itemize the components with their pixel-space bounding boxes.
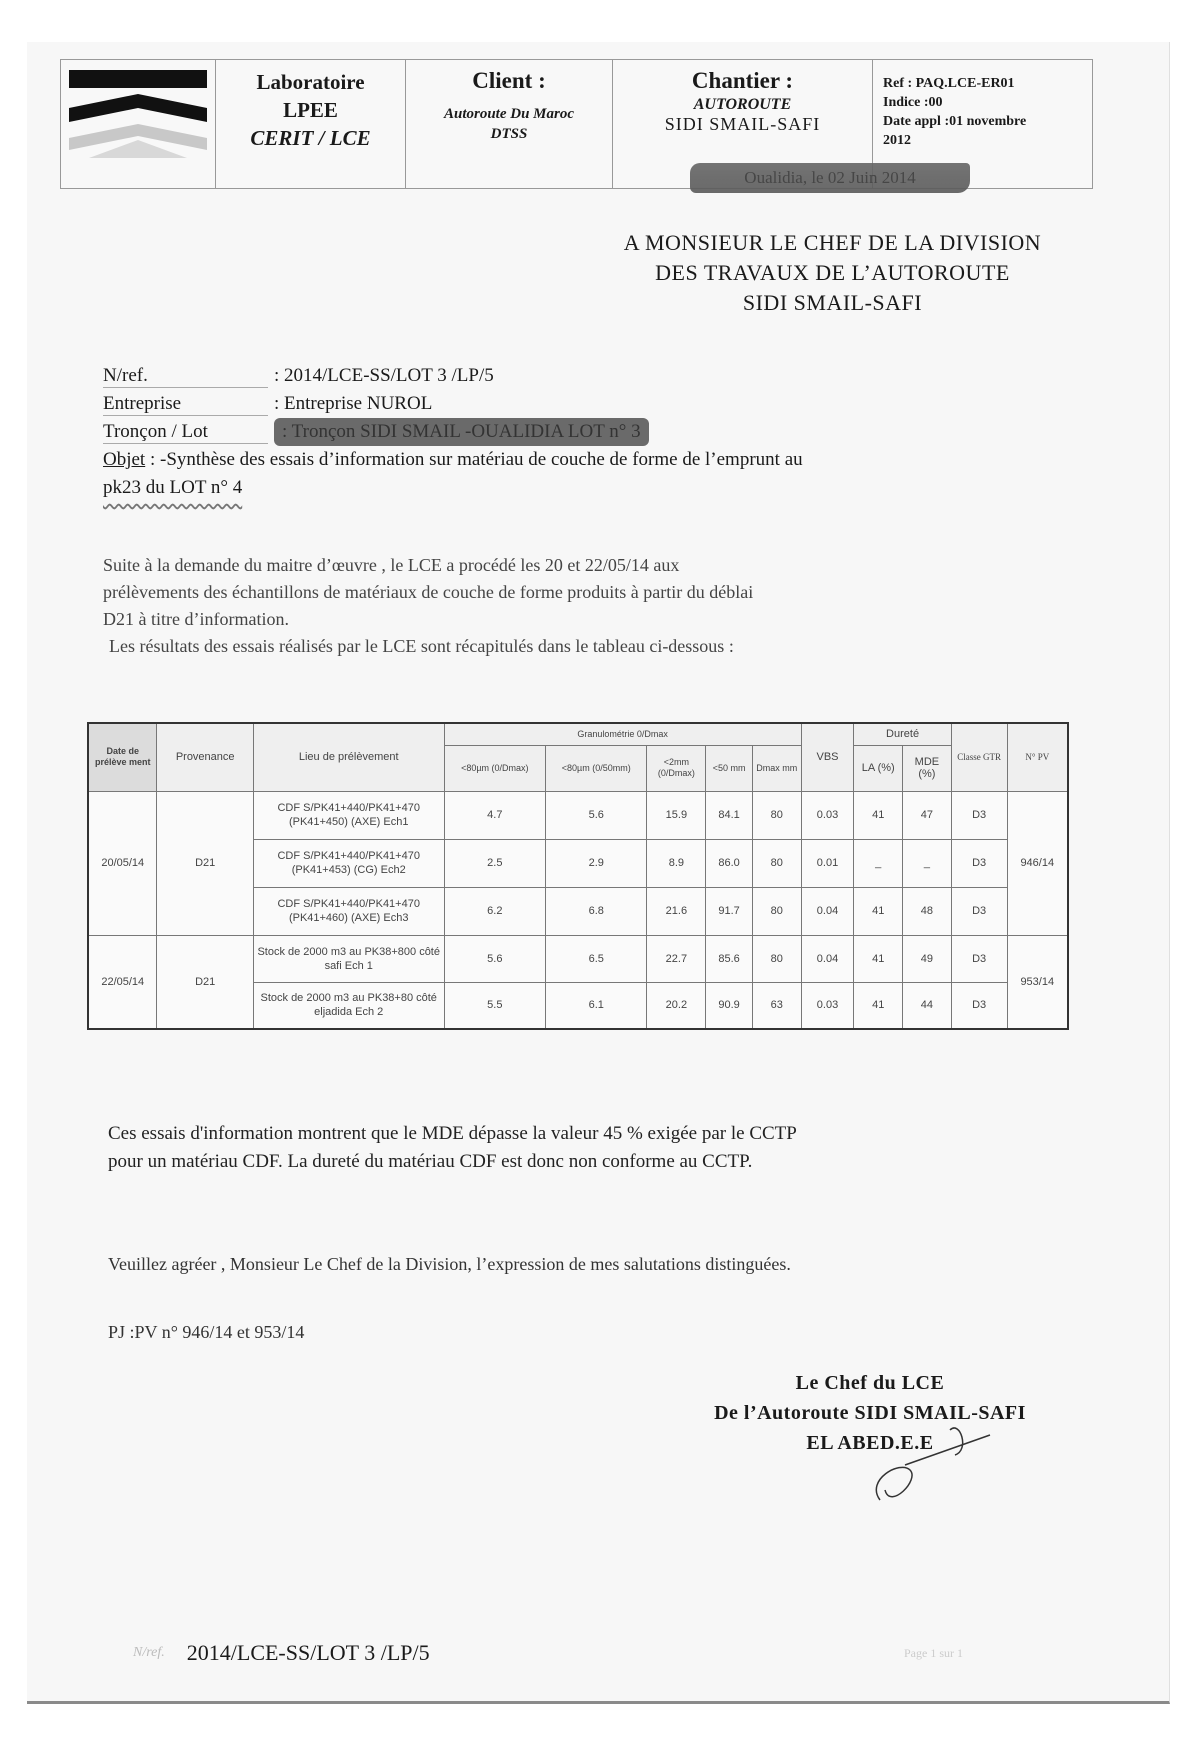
table-cell: 0.04 xyxy=(801,887,854,935)
table-cell: 22/05/14 xyxy=(88,935,157,1029)
intro-line2: prélèvements des échantillons de matéria… xyxy=(103,579,1093,606)
intro-line3: D21 à titre d’information. xyxy=(103,606,1093,633)
table-cell: 20.2 xyxy=(647,982,706,1029)
col-vbs: VBS xyxy=(801,723,854,791)
lab-acronym: LPEE xyxy=(283,96,338,124)
table-cell: 0.03 xyxy=(801,982,854,1029)
addressee: A MONSIEUR LE CHEF DE LA DIVISION DES TR… xyxy=(560,228,1105,318)
conclusion-line2: pour un matériau CDF. La dureté du matér… xyxy=(108,1148,1098,1176)
entreprise-value: : Entreprise NUROL xyxy=(274,390,432,418)
table-cell: 6.2 xyxy=(444,887,545,935)
footer-ref: 2014/LCE-SS/LOT 3 /LP/5 xyxy=(187,1640,430,1666)
table-row: 22/05/14D21Stock de 2000 m3 au PK38+800 … xyxy=(88,935,1068,982)
client-cell: Client : Autoroute Du Maroc DTSS xyxy=(406,60,613,188)
handwritten-signature-icon xyxy=(860,1420,1010,1520)
col-durete: Dureté xyxy=(854,723,951,745)
lab-unit: CERIT / LCE xyxy=(250,124,370,152)
table-cell: 80 xyxy=(752,791,801,839)
ref-year: 2012 xyxy=(883,131,911,150)
col-g1: <80µm (0/Dmax) xyxy=(444,745,545,791)
table-cell: 86.0 xyxy=(706,839,753,887)
objet-value-continued: pk23 du LOT n° 4 xyxy=(103,477,242,498)
chantier-line2: SIDI SMAIL-SAFI xyxy=(665,114,821,135)
intro-paragraph: Suite à la demande du maitre d’œuvre , l… xyxy=(103,552,1093,660)
table-cell: 80 xyxy=(752,935,801,982)
table-cell: 946/14 xyxy=(1007,791,1068,935)
table-cell: 41 xyxy=(854,887,903,935)
table-cell: 5.5 xyxy=(444,982,545,1029)
col-granulometrie: Granulométrie 0/Dmax xyxy=(444,723,801,745)
troncon-value-redacted: : Tronçon SIDI SMAIL -OUALIDIA LOT n° 3 xyxy=(274,418,649,446)
table-cell: 6.5 xyxy=(546,935,647,982)
table-cell: Stock de 2000 m3 au PK38+80 côté eljadid… xyxy=(253,982,444,1029)
chantier-line1: AUTOROUTE xyxy=(694,96,792,114)
conclusion-line1: Ces essais d'information montrent que le… xyxy=(108,1120,1098,1148)
table-cell: 0.01 xyxy=(801,839,854,887)
col-lieu: Lieu de prélèvement xyxy=(253,723,444,791)
table-cell: 41 xyxy=(854,791,903,839)
table-cell: D3 xyxy=(951,791,1007,839)
objet-value: : -Synthèse des essais d’information sur… xyxy=(145,449,802,470)
attachments-note: PJ :PV n° 946/14 et 953/14 xyxy=(108,1322,304,1343)
table-cell: 80 xyxy=(752,887,801,935)
ref-date: Date appl :01 novembre xyxy=(883,112,1026,131)
table-cell: 80 xyxy=(752,839,801,887)
page-footer: N/ref. 2014/LCE-SS/LOT 3 /LP/5 Page 1 su… xyxy=(133,1640,1093,1666)
table-cell: D3 xyxy=(951,982,1007,1029)
ref-indice: Indice :00 xyxy=(883,93,943,112)
table-cell: 2.5 xyxy=(444,839,545,887)
col-classe-gtr: Classe GTR xyxy=(951,723,1007,791)
addressee-line2: DES TRAVAUX DE L’AUTOROUTE xyxy=(560,258,1105,288)
col-npv: N° PV xyxy=(1007,723,1068,791)
table-cell: 5.6 xyxy=(546,791,647,839)
intro-line1: Suite à la demande du maitre d’œuvre , l… xyxy=(103,552,1093,579)
table-cell: D21 xyxy=(157,935,253,1029)
table-cell: D3 xyxy=(951,887,1007,935)
objet-label: Objet xyxy=(103,449,145,470)
table-cell: 22.7 xyxy=(647,935,706,982)
table-cell: 0.04 xyxy=(801,935,854,982)
results-table: Date de prélève ment Provenance Lieu de … xyxy=(87,722,1069,1030)
table-cell: 953/14 xyxy=(1007,935,1068,1029)
table-cell: 47 xyxy=(903,791,952,839)
table-cell: D3 xyxy=(951,839,1007,887)
letter-meta: N/ref. : 2014/LCE-SS/LOT 3 /LP/5 Entrepr… xyxy=(103,362,1103,502)
table-cell: 21.6 xyxy=(647,887,706,935)
table-cell: Stock de 2000 m3 au PK38+800 côté safi E… xyxy=(253,935,444,982)
entreprise-label: Entreprise xyxy=(103,390,268,416)
table-cell: 41 xyxy=(854,935,903,982)
laboratoire-cell: Laboratoire LPEE CERIT / LCE xyxy=(216,60,406,188)
addressee-line3: SIDI SMAIL-SAFI xyxy=(560,288,1105,318)
table-cell: _ xyxy=(854,839,903,887)
signatory-title: Le Chef du LCE xyxy=(640,1368,1100,1398)
table-cell: 8.9 xyxy=(647,839,706,887)
table-cell: 44 xyxy=(903,982,952,1029)
conclusion-paragraph: Ces essais d'information montrent que le… xyxy=(108,1120,1098,1176)
table-cell: 49 xyxy=(903,935,952,982)
results-body: 20/05/14D21CDF S/PK41+440/PK41+470 (PK41… xyxy=(88,791,1068,1029)
footer-page-number: Page 1 sur 1 xyxy=(904,1646,963,1661)
addressee-line1: A MONSIEUR LE CHEF DE LA DIVISION xyxy=(560,228,1105,258)
table-cell: 6.1 xyxy=(546,982,647,1029)
intro-line4: Les résultats des essais réalisés par le… xyxy=(109,633,1093,660)
chantier-title: Chantier : xyxy=(692,68,793,94)
client-title: Client : xyxy=(472,68,545,94)
table-cell: 20/05/14 xyxy=(88,791,157,935)
col-g4: <50 mm xyxy=(706,745,753,791)
table-cell: 48 xyxy=(903,887,952,935)
col-la: LA (%) xyxy=(854,745,903,791)
table-cell: 2.9 xyxy=(546,839,647,887)
table-cell: 6.8 xyxy=(546,887,647,935)
troncon-label: Tronçon / Lot xyxy=(103,418,268,444)
footer-label: N/ref. xyxy=(133,1645,165,1661)
col-date: Date de prélève ment xyxy=(88,723,157,791)
client-name: Autoroute Du Maroc xyxy=(444,104,574,124)
table-cell: 5.6 xyxy=(444,935,545,982)
table-row: 20/05/14D21CDF S/PK41+440/PK41+470 (PK41… xyxy=(88,791,1068,839)
table-cell: 41 xyxy=(854,982,903,1029)
table-cell: CDF S/PK41+440/PK41+470 (PK41+450) (AXE)… xyxy=(253,791,444,839)
client-dept: DTSS xyxy=(491,124,528,144)
col-g3: <2mm (0/Dmax) xyxy=(647,745,706,791)
table-cell: 0.03 xyxy=(801,791,854,839)
nref-value: : 2014/LCE-SS/LOT 3 /LP/5 xyxy=(274,362,494,390)
ref-code: Ref : PAQ.LCE-ER01 xyxy=(883,74,1015,93)
table-cell: 15.9 xyxy=(647,791,706,839)
table-cell: 84.1 xyxy=(706,791,753,839)
closing-formula: Veuillez agréer , Monsieur Le Chef de la… xyxy=(108,1245,1098,1283)
col-provenance: Provenance xyxy=(157,723,253,791)
table-cell: 63 xyxy=(752,982,801,1029)
lab-name: Laboratoire xyxy=(256,68,364,96)
table-cell: _ xyxy=(903,839,952,887)
table-cell: 90.9 xyxy=(706,982,753,1029)
table-cell: 4.7 xyxy=(444,791,545,839)
table-cell: CDF S/PK41+440/PK41+470 (PK41+453) (CG) … xyxy=(253,839,444,887)
table-cell: 85.6 xyxy=(706,935,753,982)
date-place-redacted: Oualidia, le 02 Juin 2014 xyxy=(690,163,970,193)
col-g5: Dmax mm xyxy=(752,745,801,791)
table-cell: D21 xyxy=(157,791,253,935)
table-cell: 91.7 xyxy=(706,887,753,935)
lpee-chevron-logo-icon xyxy=(61,60,216,188)
col-g2: <80µm (0/50mm) xyxy=(546,745,647,791)
table-cell: CDF S/PK41+440/PK41+470 (PK41+460) (AXE)… xyxy=(253,887,444,935)
table-cell: D3 xyxy=(951,935,1007,982)
col-mde: MDE (%) xyxy=(903,745,952,791)
nref-label: N/ref. xyxy=(103,362,268,388)
